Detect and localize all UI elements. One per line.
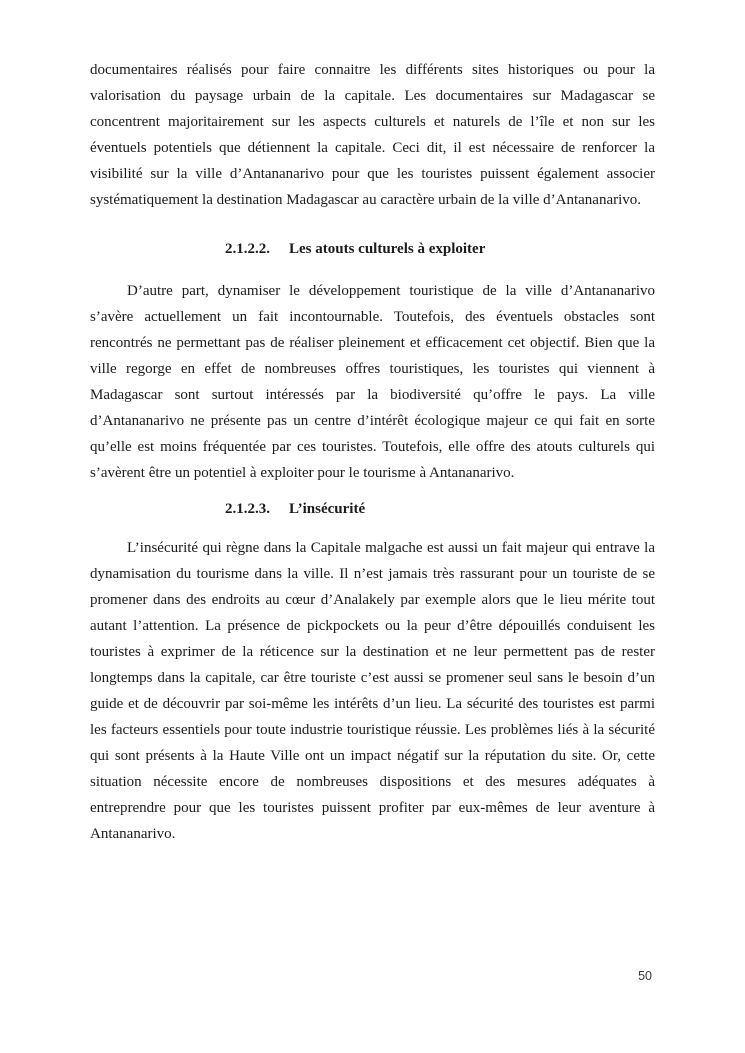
intro-paragraph: documentaires réalisés pour faire connai…	[90, 57, 655, 213]
document-page: documentaires réalisés pour faire connai…	[0, 0, 745, 1053]
section-heading-atouts-culturels: 2.1.2.2.Les atouts culturels à exploiter	[90, 236, 655, 262]
page-content: documentaires réalisés pour faire connai…	[90, 57, 655, 847]
section-heading-insecurite: 2.1.2.3.L’insécurité	[90, 496, 655, 522]
section-paragraph-atouts-culturels: D’autre part, dynamiser le développement…	[90, 278, 655, 486]
section-paragraph-insecurite: L’insécurité qui règne dans la Capitale …	[90, 535, 655, 847]
section-heading-number: 2.1.2.3.	[225, 496, 289, 522]
section-heading-title: Les atouts culturels à exploiter	[289, 241, 485, 257]
section-heading-title: L’insécurité	[289, 501, 365, 517]
page-number: 50	[638, 969, 652, 983]
section-heading-number: 2.1.2.2.	[225, 236, 289, 262]
